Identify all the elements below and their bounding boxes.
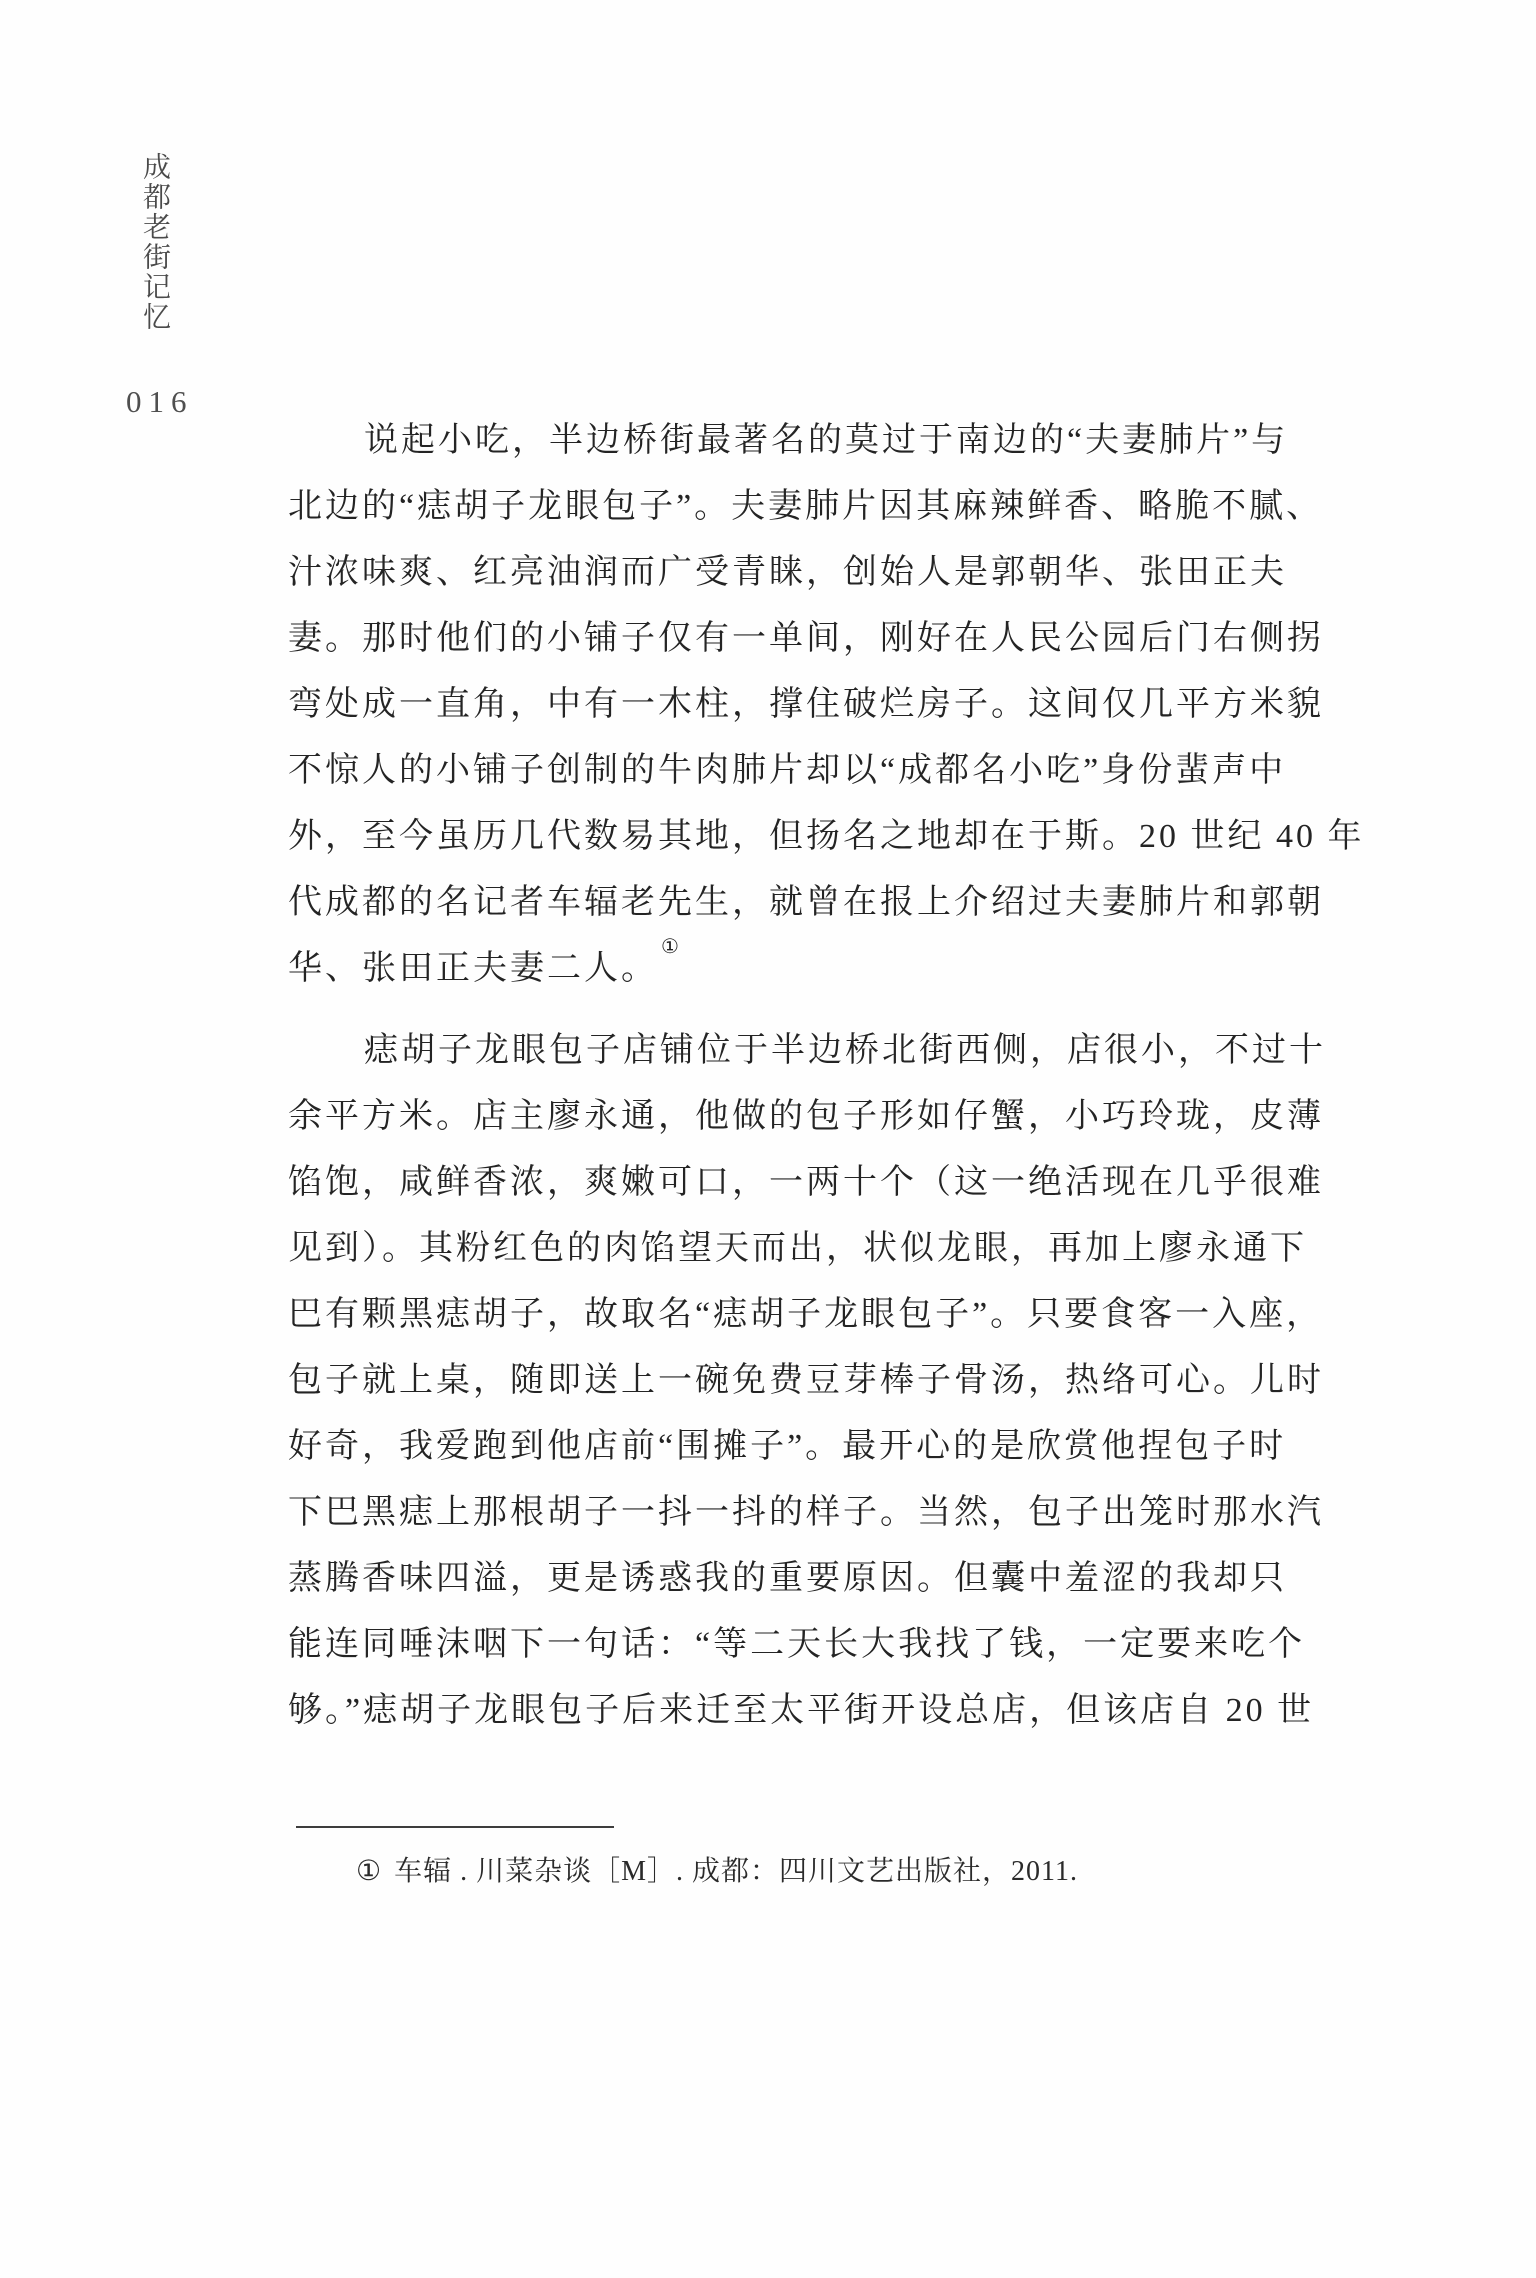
page-number: 016 [126,384,194,420]
text-line: 馅饱，咸鲜香浓，爽嫩可口，一两十个（这一绝活现在几乎很难 [288,1150,1308,1216]
footnote-divider [296,1826,614,1828]
text-line: 不惊人的小铺子创制的牛肉肺片却以“成都名小吃”身份蜚声中 [288,738,1308,804]
text-line: 够。”痣胡子龙眼包子后来迁至太平街开设总店，但该店自 20 世 [288,1678,1308,1744]
text-line: 华、张田正夫妻二人。① [288,936,1308,1002]
text-line: 外，至今虽历几代数易其地，但扬名之地却在于斯。20 世纪 40 年 [288,804,1308,870]
text-line: 代成都的名记者车辐老先生，就曾在报上介绍过夫妻肺片和郭朝 [288,870,1308,936]
text-line: 能连同唾沫咽下一句话：“等二天长大我找了钱，一定要来吃个 [288,1612,1308,1678]
paragraph-1: 说起小吃，半边桥街最著名的莫过于南边的“夫妻肺片”与 北边的“痣胡子龙眼包子”。… [288,408,1308,1002]
text-line: 好奇，我爱跑到他店前“围摊子”。最开心的是欣赏他捏包子时 [288,1414,1308,1480]
text-line: 说起小吃，半边桥街最著名的莫过于南边的“夫妻肺片”与 [288,408,1308,474]
text-line-text: 华、张田正夫妻二人。 [288,950,658,987]
text-line: 蒸腾香味四溢，更是诱惑我的重要原因。但囊中羞涩的我却只 [288,1546,1308,1612]
text-line: 妻。那时他们的小铺子仅有一单间，刚好在人民公园后门右侧拐 [288,606,1308,672]
footnote-citation: 车辐 . 川菜杂谈［M］. 成都：四川文艺出版社，2011. [394,1856,1078,1887]
footnote-marker: ① [356,1856,382,1887]
text-line: 余平方米。店主廖永通，他做的包子形如仔蟹，小巧玲珑，皮薄 [288,1084,1308,1150]
text-line: 北边的“痣胡子龙眼包子”。夫妻肺片因其麻辣鲜香、略脆不腻、 [288,474,1308,540]
text-line: 巴有颗黑痣胡子，故取名“痣胡子龙眼包子”。只要食客一入座， [288,1282,1308,1348]
book-spine-title: 成都老街记忆 [134,152,174,332]
text-line: 弯处成一直角，中有一木柱，撑住破烂房子。这间仅几平方米貌 [288,672,1308,738]
text-line: 汁浓味爽、红亮油润而广受青睐，创始人是郭朝华、张田正夫 [288,540,1308,606]
paragraph-2: 痣胡子龙眼包子店铺位于半边桥北街西侧，店很小，不过十 余平方米。店主廖永通，他做… [288,1018,1308,1744]
book-page: 成都老街记忆 016 说起小吃，半边桥街最著名的莫过于南边的“夫妻肺片”与 北边… [0,0,1536,2278]
text-line: 包子就上桌，随即送上一碗免费豆芽棒子骨汤，热络可心。儿时 [288,1348,1308,1414]
body-text: 说起小吃，半边桥街最著名的莫过于南边的“夫妻肺片”与 北边的“痣胡子龙眼包子”。… [288,408,1308,1744]
text-line: 见到）。其粉红色的肉馅望天而出，状似龙眼，再加上廖永通下 [288,1216,1308,1282]
text-line: 下巴黑痣上那根胡子一抖一抖的样子。当然，包子出笼时那水汽 [288,1480,1308,1546]
footnote: ①车辐 . 川菜杂谈［M］. 成都：四川文艺出版社，2011. [288,1850,1308,1894]
text-line: 痣胡子龙眼包子店铺位于半边桥北街西侧，店很小，不过十 [288,1018,1308,1084]
footnote-ref: ① [661,936,682,958]
